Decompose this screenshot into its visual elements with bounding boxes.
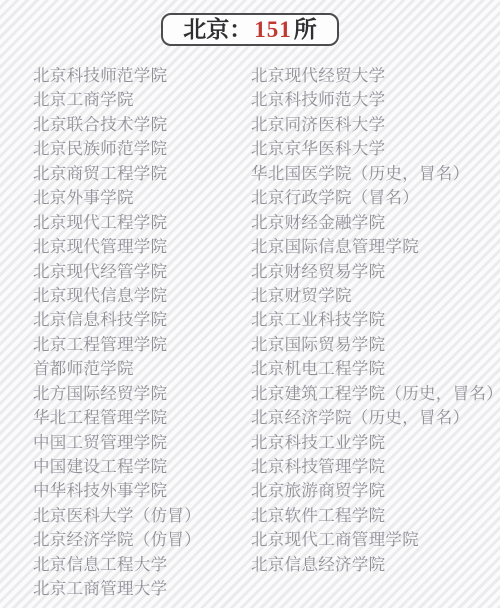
list-item: 北京经济学院（仿冒）: [33, 528, 251, 552]
right-column: 北京现代经贸大学北京科技师范大学北京同济医科大学北京京华医科大学华北国医学院（历…: [251, 64, 500, 602]
list-item: 北京工程管理学院: [33, 333, 251, 357]
list-item: 北京行政学院（冒名）: [251, 186, 500, 210]
list-item: 华北工程管理学院: [33, 406, 251, 430]
list-item: 北京现代工商管理学院: [251, 528, 500, 552]
header-badge: 北京： 151 所: [161, 13, 339, 46]
list-item: 北京现代经贸大学: [251, 64, 500, 88]
list-item: 北京现代工程学院: [33, 211, 251, 235]
list-item: 北京科技管理学院: [251, 455, 500, 479]
list-item: 北京医科大学（仿冒）: [33, 504, 251, 528]
list-item: 北京财经金融学院: [251, 211, 500, 235]
university-list: 北京科技师范学院北京工商学院北京联合技术学院北京民族师范学院北京商贸工程学院北京…: [0, 64, 500, 602]
list-item: 北京科技师范学院: [33, 64, 251, 88]
list-item: 北京工商学院: [33, 88, 251, 112]
left-column: 北京科技师范学院北京工商学院北京联合技术学院北京民族师范学院北京商贸工程学院北京…: [33, 64, 251, 602]
list-item: 北京国际贸易学院: [251, 333, 500, 357]
list-item: 北京财经贸易学院: [251, 260, 500, 284]
list-item: 北京工商管理大学: [33, 577, 251, 601]
list-item: 北京科技师范大学: [251, 88, 500, 112]
list-item: 北京软件工程学院: [251, 504, 500, 528]
list-item: 北京信息工程大学: [33, 553, 251, 577]
header-region-label: 北京：: [183, 18, 252, 41]
list-item: 北京工业科技学院: [251, 308, 500, 332]
list-item: 北京信息科技学院: [33, 308, 251, 332]
list-item: 首都师范学院: [33, 357, 251, 381]
list-item: 中华科技外事学院: [33, 479, 251, 503]
list-item: 北京科技工业学院: [251, 431, 500, 455]
list-item: 北京现代信息学院: [33, 284, 251, 308]
list-item: 华北国医学院（历史，冒名）: [251, 162, 500, 186]
list-item: 北京同济医科大学: [251, 113, 500, 137]
header-suffix: 所: [294, 18, 317, 41]
list-item: 北京现代经管学院: [33, 260, 251, 284]
list-item: 北京建筑工程学院（历史，冒名）: [251, 382, 500, 406]
list-item: 中国建设工程学院: [33, 455, 251, 479]
list-item: 北京商贸工程学院: [33, 162, 251, 186]
header-count: 151: [252, 18, 294, 41]
list-item: 北方国际经贸学院: [33, 382, 251, 406]
fake-universities-poster: 北京： 151 所 北京科技师范学院北京工商学院北京联合技术学院北京民族师范学院…: [0, 0, 500, 608]
list-item: 北京国际信息管理学院: [251, 235, 500, 259]
list-item: 中国工贸管理学院: [33, 431, 251, 455]
list-item: 北京经济学院（历史，冒名）: [251, 406, 500, 430]
list-item: 北京信息经济学院: [251, 553, 500, 577]
list-item: 北京旅游商贸学院: [251, 479, 500, 503]
list-item: 北京联合技术学院: [33, 113, 251, 137]
list-item: 北京京华医科大学: [251, 137, 500, 161]
list-item: 北京机电工程学院: [251, 357, 500, 381]
list-item: 北京现代管理学院: [33, 235, 251, 259]
list-item: 北京外事学院: [33, 186, 251, 210]
list-item: 北京民族师范学院: [33, 137, 251, 161]
list-item: 北京财贸学院: [251, 284, 500, 308]
header: 北京： 151 所: [0, 0, 500, 46]
